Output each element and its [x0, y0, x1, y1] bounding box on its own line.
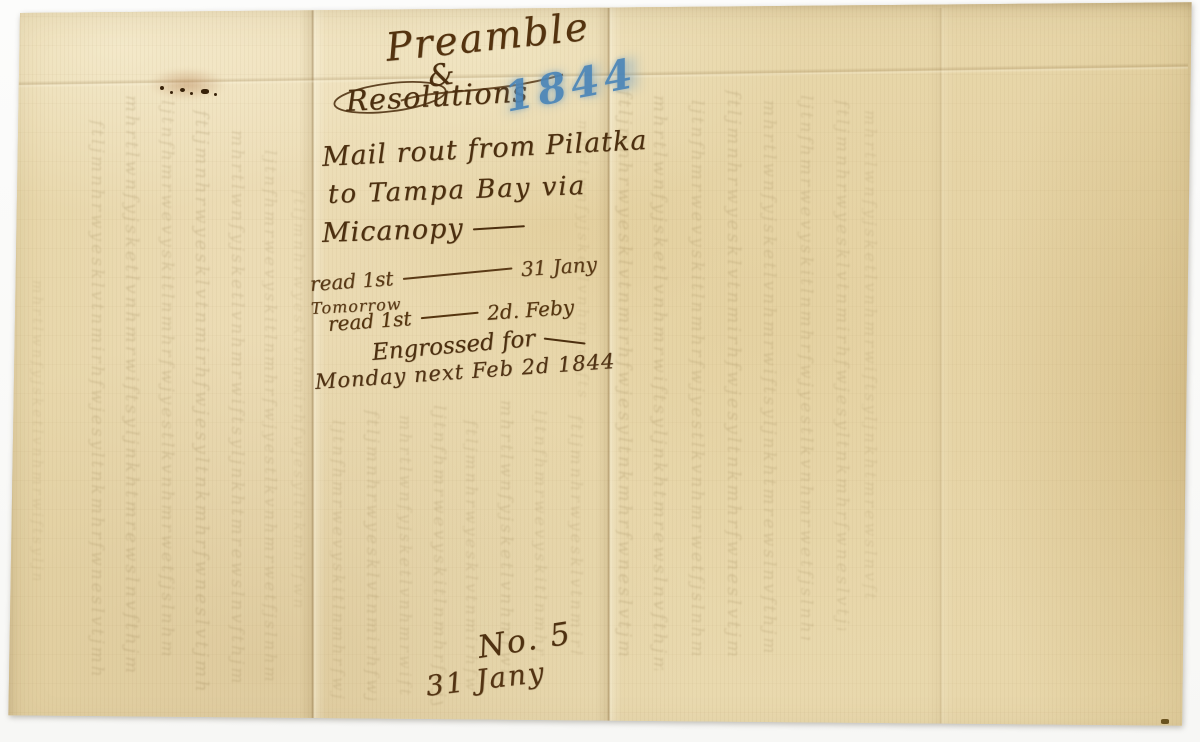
- docket-title-line1: Preamble: [384, 5, 592, 71]
- subject-line2: to Tampa Bay via: [327, 171, 586, 210]
- vertical-fold-left: [300, 8, 326, 728]
- vertical-fold-right: [928, 8, 954, 728]
- bleedthrough-text-column: ftljmnhrwyesklvtnmirhfwjesyltnkmhrfwnesl…: [192, 110, 210, 700]
- reading2-date: 2d. Feby: [486, 295, 574, 325]
- bleedthrough-text-column: mhrtlwnfyjsketlvnhmrwiftsyljnkhtmrewslnv…: [862, 110, 878, 600]
- docket-date: 31 Jany: [424, 655, 547, 702]
- bleedthrough-text-column: ljtnfhmrwevyskitlnmhrfwjyestlkvnhmrwetfj…: [797, 95, 814, 640]
- bleedthrough-text-column: ftljmnhrwyesklvtnmirhfwjesyltnkmhrfwnesl…: [88, 120, 105, 680]
- bleedthrough-text-column: mhrtlwnfyjsketlvnhmrwiftsyljnkhtmrewslnv…: [122, 95, 140, 695]
- paper-blemish: [1161, 719, 1169, 724]
- bleedthrough-text-column: ljtnfhmrwevyskitlnmhrfwjyestlkvnhmrwetfj…: [330, 420, 346, 700]
- pen-stroke-dash: [543, 338, 585, 345]
- bleedthrough-text-column: mhrtlwnfyjsketlvnhmrwiftsyljnkhtmrewslnv…: [760, 100, 777, 655]
- pen-stroke-dash: [473, 225, 525, 230]
- reading1-date: 31 Jany: [520, 252, 597, 281]
- bleedthrough-text-column: ljtnfhmrwevyskitlnmhrfwjyestlkvnhmrwetfj…: [262, 150, 278, 690]
- bleedthrough-text-column: ljtnfhmrwevyskitlnmhrfwjyestlkvnhmrwetfj…: [158, 100, 175, 710]
- bleedthrough-text-column: ftljmnhrwyesklvtnmirhfwjesyltnkmhrfwnesl…: [291, 190, 306, 610]
- subject-line3: Micanopy: [321, 211, 534, 249]
- bleedthrough-text-column: ftljmnhrwyesklvtnmirhfwjesyltnkmhrfwnesl…: [568, 415, 584, 655]
- bleedthrough-text-column: ftljmnhrwyesklvtnmirhfwjesyltnkmhrfwnesl…: [615, 90, 633, 660]
- reading1-text: read 1st: [309, 266, 394, 296]
- bleedthrough-text-column: ftljmnhrwyesklvtnmirhfwjesyltnkmhrfwnesl…: [363, 410, 380, 700]
- pen-stroke-dash: [402, 267, 512, 280]
- ink-speck: [170, 91, 173, 94]
- bleedthrough-text-column: mhrtlwnfyjsketlvnhmrwiftsyljnkhtmrewslnv…: [650, 95, 668, 670]
- reading2-text: read 1st: [327, 306, 412, 336]
- ink-speck: [180, 88, 185, 92]
- ink-speck: [160, 86, 164, 90]
- subject-line1: Mail rout from Pilatka: [321, 125, 648, 173]
- subject-line3-text: Micanopy: [321, 213, 464, 249]
- document-paper: mhrtlwnfyjsketlvnhmrwiftsyljnkhtmrewslnv…: [0, 0, 1200, 742]
- bleedthrough-text-column: mhrtlwnfyjsketlvnhmrwiftsyljnkhtmrewslnv…: [30, 280, 44, 580]
- paper-shadow-wrapper: mhrtlwnfyjsketlvnhmrwiftsyljnkhtmrewslnv…: [0, 0, 1200, 742]
- bleedthrough-text-column: mhrtlwnfyjsketlvnhmrwiftsyljnkhtmrewslnv…: [228, 130, 245, 700]
- ink-speck: [201, 89, 209, 94]
- rust-smudge: [148, 68, 226, 100]
- bleedthrough-text-column: ljtnfhmrwevyskitlnmhrfwjyestlkvnhmrwetfj…: [430, 405, 447, 705]
- bleedthrough-text-column: ftljmnhrwyesklvtnmirhfwjesyltnkmhrfwnesl…: [463, 420, 479, 690]
- ink-speck: [214, 93, 217, 96]
- scan-background: mhrtlwnfyjsketlvnhmrwiftsyljnkhtmrewslnv…: [0, 0, 1200, 742]
- pen-stroke-dash: [420, 312, 478, 320]
- bleedthrough-text-column: ftljmnhrwyesklvtnmirhfwjesyltnkmhrfwnesl…: [833, 100, 850, 630]
- reading1-line: read 1st 31 Jany: [309, 252, 597, 296]
- ink-speck: [190, 92, 193, 95]
- bleedthrough-text-column: ljtnfhmrwevyskitlnmhrfwjyestlkvnhmrwetfj…: [688, 100, 705, 660]
- bleedthrough-text-column: mhrtlwnfyjsketlvnhmrwiftsyljnkhtmrewslnv…: [397, 415, 413, 695]
- bleedthrough-text-column: ftljmnhrwyesklvtnmirhfwjesyltnkmhrfwnesl…: [724, 90, 742, 660]
